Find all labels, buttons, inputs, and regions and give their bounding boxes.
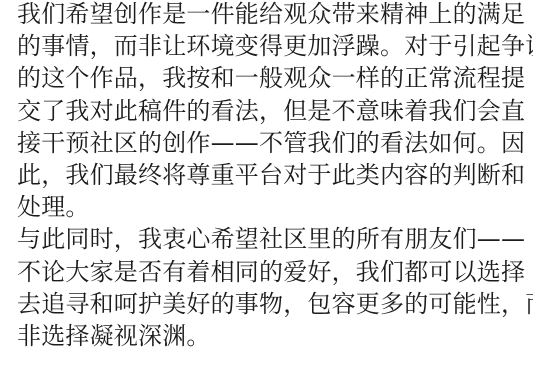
text-line: 接干预社区的创作——不管我们的看法如何。因 [17, 127, 533, 159]
text-line: 的事情，而非让环境变得更加浮躁。对于引起争议 [17, 30, 533, 62]
text-line: 与此同时，我衷心希望社区里的所有朋友们—— [17, 223, 533, 255]
text-line: 的这个作品，我按和一般观众一样的正常流程提 [17, 62, 533, 94]
text-line: 我们希望创作是一件能给观众带来精神上的满足 [17, 0, 533, 30]
text-line: 不论大家是否有着相同的爱好，我们都可以选择 [17, 256, 533, 288]
text-line: 去追寻和呵护美好的事物，包容更多的可能性，而 [17, 288, 533, 320]
text-line: 非选择凝视深渊。 [17, 320, 533, 352]
text-line: 此，我们最终将尊重平台对于此类内容的判断和 [17, 159, 533, 191]
text-line: 交了我对此稿件的看法，但是不意味着我们会直 [17, 95, 533, 127]
text-line: 处理。 [17, 191, 533, 223]
statement-text: 我们希望创作是一件能给观众带来精神上的满足 的事情，而非让环境变得更加浮躁。对于… [17, 0, 533, 352]
